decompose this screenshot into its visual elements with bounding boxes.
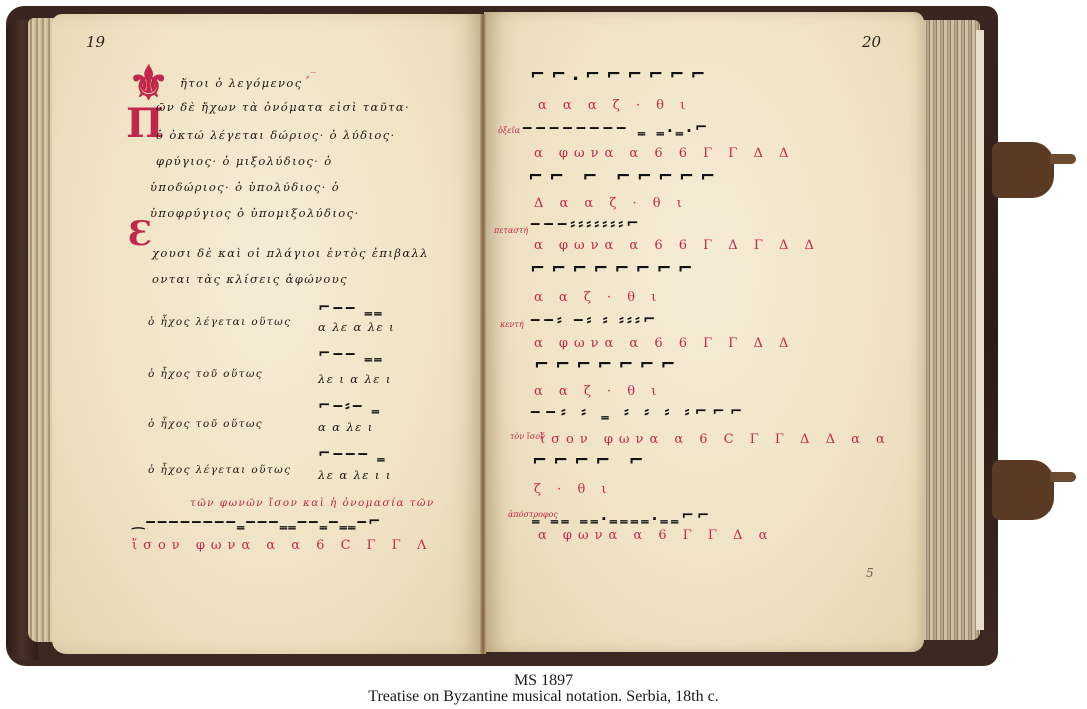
corner-note: 5 — [866, 566, 874, 580]
margin-rubric: πεταστή — [494, 226, 528, 235]
text-line: ὑποφρύγιος ὁ ὑπομιξολύδιος· — [150, 206, 360, 220]
red-syllable-line: Δ α α ζ · θ ι — [534, 196, 688, 211]
text-line: ἤτοι ὁ λεγόμενος — [180, 76, 303, 90]
red-syllable-line: α φωνα α 6 6 Γ Γ Δ Δ — [534, 336, 794, 351]
neume-line: ‒‒⸗ ⸗ ‗ ⸗ ⸗ ⸗ ⸗⌐⌐⌐ — [530, 402, 747, 420]
example-label: ὁ ἦχος τοῦ οὕτως — [148, 368, 263, 380]
caption-description: Treatise on Byzantine musical notation. … — [0, 688, 1087, 706]
neume-line: ‒‒‒‒‒‒‒‒ ‗ ‗.‗.⌐ — [522, 118, 710, 136]
text-line: ὑποδώριος· ὁ ὑπολύδιος· ὁ — [150, 180, 340, 194]
red-syllable-line: ἴσον φωνα α α 6 C Γ Γ Λ — [132, 538, 432, 553]
metal-clasp-bottom — [992, 460, 1054, 520]
neume-line: ‗ ‗‗ ‗‗.‗‗‗‗.‗‗⌐⌐ — [532, 506, 712, 524]
text-line: ονται τὰς κλίσεις ἀφώνους — [152, 272, 348, 286]
neume-line: ⌐⌐.⌐⌐⌐⌐⌐⌐ — [530, 64, 712, 85]
example-syllables: α α λε ι — [318, 420, 374, 434]
neume-line: ⌐‒‒ ‗‗ — [318, 298, 384, 316]
red-text-line: τῶν φωνῶν ἴσον καὶ ἡ ὀνομασία τῶν — [190, 497, 435, 509]
neume-line: ⌐⌐ ⌐ ⌐⌐⌐⌐⌐ — [528, 166, 721, 187]
red-syllable-line: α α ζ · θ ι — [534, 290, 662, 305]
text-line: ὁ ὀκτώ λέγεται δώριος· ὁ λύδιος· — [156, 128, 396, 142]
decorated-initial-E: Ɛ — [128, 214, 153, 254]
example-label: ὁ ἦχος λέγεται οὕτως — [148, 464, 291, 476]
neume-line: ⌐‒‒‒ ‗ — [318, 444, 387, 462]
red-syllable-line: α φωνα α 6 6 Γ Δ Γ Δ Δ — [534, 238, 820, 253]
example-syllables: λε α λε ι ι — [318, 468, 392, 482]
neume-line: ⌐‒⸗‒ ‗ — [318, 396, 381, 414]
book-gutter — [480, 14, 486, 654]
neume-line: ‒‒‒⸗⸗⸗⸗⸗⸗⸗⌐ — [530, 214, 642, 232]
example-syllables: α λε α λε ι — [318, 320, 395, 334]
margin-rubric: κεντή — [500, 320, 524, 329]
neume-line: ‒‒⸗ ‒⸗ ⸗ ⸗⸗⸗⌐ — [530, 310, 659, 328]
red-syllable-line: α φωνα α 6 Γ Γ Δ α — [538, 528, 773, 543]
neume-line: ⌐‒‒ ‗‗ — [318, 344, 384, 362]
red-neume: ⸗‾ — [306, 72, 317, 83]
red-syllable-line: α α α ζ · θ ι — [538, 98, 691, 113]
red-syllable-line: ἴσον φωνα α 6 C Γ Γ Δ Δ α α — [540, 432, 891, 447]
right-fore-edge — [976, 30, 984, 630]
text-line: φρύγιος· ὁ μιξολύδιος· ὁ — [156, 154, 333, 168]
neume-line: ⌐⌐⌐⌐⌐⌐⌐⌐ — [530, 258, 699, 279]
margin-rubric: ὀξεῖα — [498, 126, 520, 135]
neume-line: ⌐⌐⌐⌐ ⌐ — [532, 450, 650, 471]
example-syllables: λε ι α λε ι — [318, 372, 392, 386]
photo-stage: 19 20 ⚜ Π Ɛ ἤτοι ὁ λεγόμενος ⸗‾ ῶν δὲ ἤχ… — [0, 0, 1087, 709]
red-syllable-line: ζ · θ ι — [534, 482, 613, 497]
metal-clasp-top — [992, 142, 1054, 198]
folio-number-right: 20 — [862, 33, 881, 51]
red-syllable-line: α φωνα α 6 6 Γ Γ Δ Δ — [534, 146, 794, 161]
right-page-block-edge — [920, 20, 980, 640]
folio-number-left: 19 — [86, 33, 105, 51]
example-label: ὁ ἦχος τοῦ οὕτως — [148, 418, 263, 430]
neume-line: ⁔‒‒‒‒‒‒‒‒‗‒‒‒‗‗‒‒‗‒‗‗‒⌐ — [132, 512, 382, 530]
text-line: ῶν δὲ ἤχων τὰ ὀνόματα εἰσὶ ταῦτα· — [156, 100, 410, 114]
example-label: ὁ ἦχος λέγεται οὕτως — [148, 316, 291, 328]
text-line: χουσι δὲ καὶ οἱ πλάγιοι ἐντὸς ἐπιβαλλ — [152, 246, 429, 260]
red-syllable-line: α α ζ · θ ι — [534, 384, 662, 399]
neume-line: ⌐⌐⌐⌐⌐⌐⌐ — [534, 354, 682, 375]
